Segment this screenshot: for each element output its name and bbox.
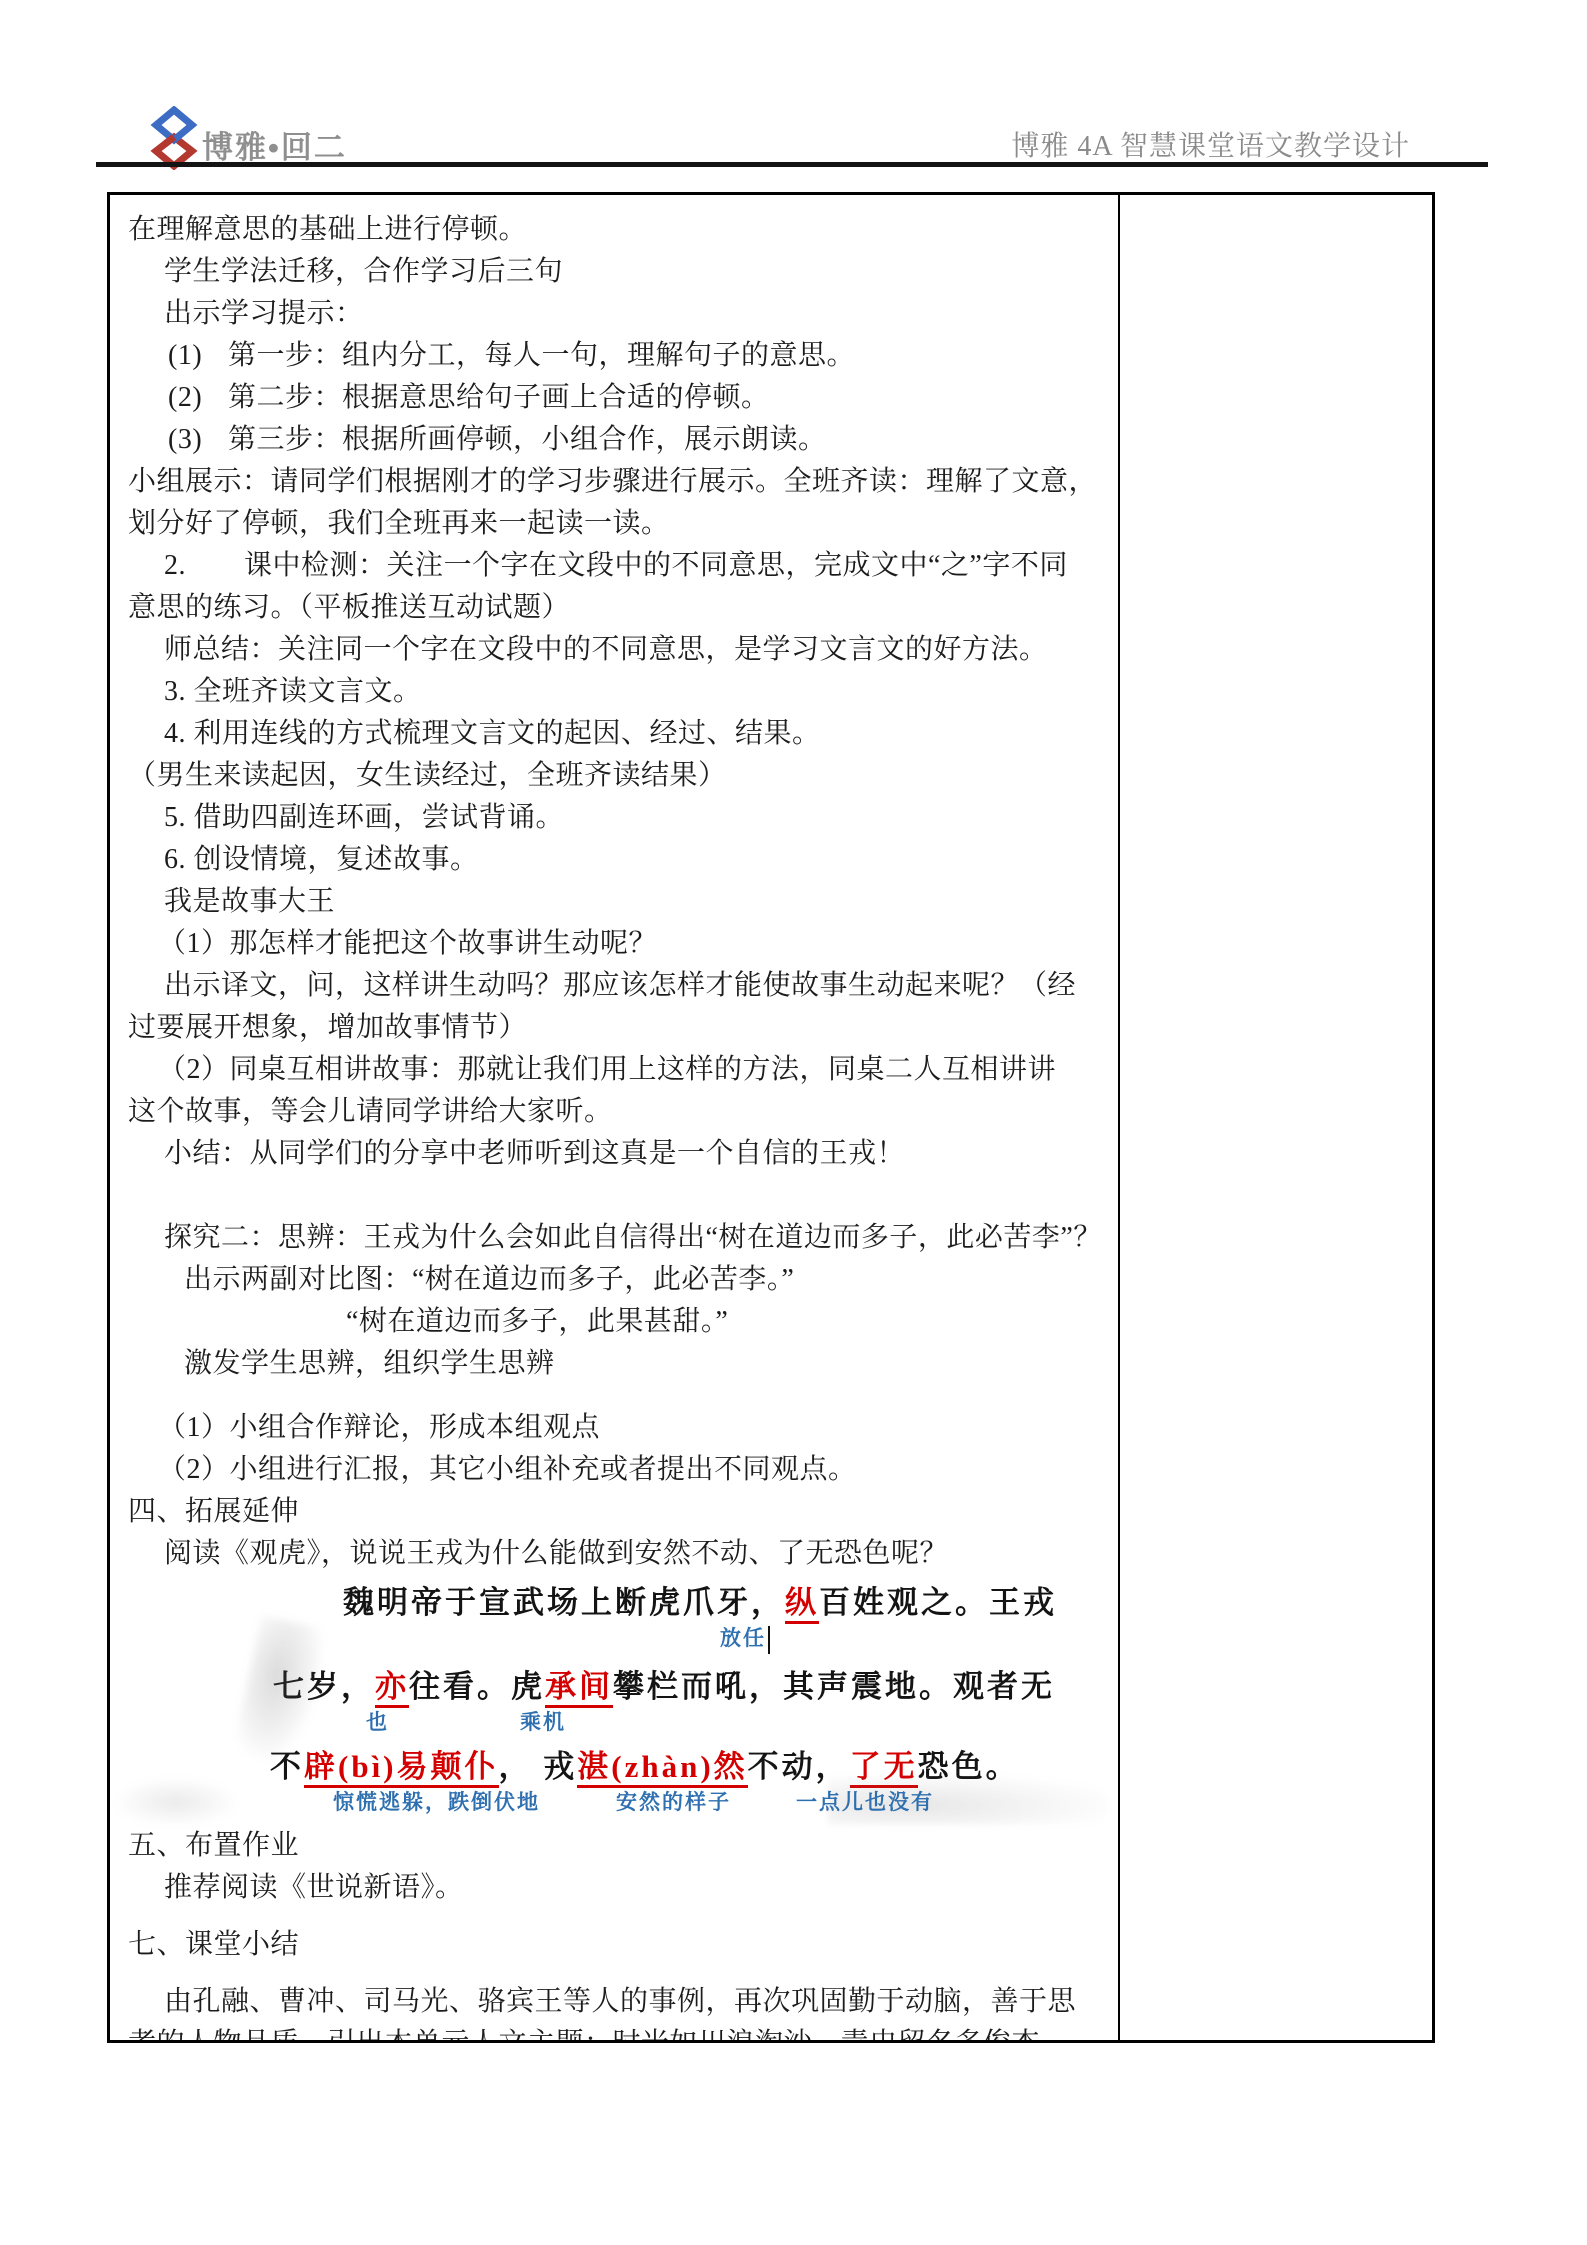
text-line: 我是故事大王 (128, 881, 1102, 923)
text-line: （男生来读起因，女生读经过，全班齐读结果） (128, 755, 1102, 797)
list-item: (3)第三步：根据所画停顿，小组合作，展示朗读。 (128, 419, 1102, 461)
highlighted-term: 纵 (785, 1585, 819, 1624)
text-cursor (768, 1626, 770, 1654)
document-page: 博雅•回二 博雅 4A 智慧课堂语文教学设计 在理解意思的基础上进行停顿。 学生… (0, 0, 1587, 2245)
text-line: 推荐阅读《世说新语》。 (128, 1867, 1102, 1909)
text-line: “树在道边而多子，此果甚甜。” (128, 1301, 1102, 1343)
list-number: (3) (168, 419, 228, 461)
list-item: (1)第一步：组内分工，每人一句，理解句子的意思。 (128, 335, 1102, 377)
text-line: 过要展开想象，增加故事情节） (128, 1007, 1102, 1049)
list-text: 第三步：根据所画停顿，小组合作，展示朗读。 (228, 424, 827, 455)
text-line: 意思的练习。（平板推送互动试题） (128, 587, 1102, 629)
text-line: 4. 利用连线的方式梳理文言文的起因、经过、结果。 (128, 713, 1102, 755)
annotation-row: 惊慌逃躲，跌倒伏地 安然的样子 一点儿也没有 (128, 1787, 1102, 1819)
text-line: 划分好了停顿，我们全班再来一起读一读。 (128, 503, 1102, 545)
text-line: 师总结：关注同一个字在文段中的不同意思，是学习文言文的好方法。 (128, 629, 1102, 671)
section-heading: 七、课堂小结 (128, 1924, 1102, 1966)
list-number: 2. (164, 545, 244, 587)
text-line: 6. 创设情境，复述故事。 (128, 839, 1102, 881)
annotation: 安然的样子 (616, 1789, 731, 1815)
excerpt-line: 不辟(bì)易颠仆， 戎湛(zhàn)然不动，了无恐色。 (128, 1747, 1102, 1787)
list-number: (1) (168, 335, 228, 377)
annotation-row: 放任 (128, 1623, 1102, 1655)
secondary-notes-cell (1118, 195, 1432, 2040)
blank-line (128, 1175, 1102, 1217)
document-title: 博雅 4A 智慧课堂语文教学设计 (1011, 124, 1410, 164)
excerpt-text: 七岁， (273, 1669, 375, 1704)
excerpt-image: 魏明帝于宣武场上断虎爪牙，纵百姓观之。王戎 放任 七岁，亦往看。虎承间攀栏而吼，… (128, 1583, 1102, 1819)
text-line: 阅读《观虎》，说说王戎为什么能做到安然不动、了无恐色呢？ (128, 1533, 1102, 1575)
list-item: (2)第二步：根据意思给句子画上合适的停顿。 (128, 377, 1102, 419)
list-text: 第二步：根据意思给句子画上合适的停顿。 (228, 382, 770, 413)
text-line: 出示学习提示： (128, 293, 1102, 335)
highlighted-term: 辟(bì)易颠仆 (304, 1749, 499, 1788)
annotation: 一点儿也没有 (796, 1789, 934, 1815)
text-line: （2）同桌互相讲故事：那就让我们用上这样的方法，同桌二人互相讲讲 (128, 1049, 1102, 1091)
brand-text: 博雅•回二 (202, 122, 347, 167)
text-line: 出示译文，问，这样讲生动吗？那应该怎样才能使故事生动起来呢？（经 (128, 965, 1102, 1007)
list-text: 第一步：组内分工，每人一句，理解句子的意思。 (228, 340, 855, 371)
annotation-row: 也 乘机 (128, 1707, 1102, 1739)
excerpt-text: 魏明帝于宣武场上断虎爪牙， (343, 1585, 785, 1620)
page-header: 博雅•回二 博雅 4A 智慧课堂语文教学设计 (0, 0, 1587, 170)
excerpt-text: 攀栏而吼，其声震地。观者无 (613, 1669, 1055, 1704)
annotation: 乘机 (520, 1709, 566, 1735)
section-heading: 四、拓展延伸 (128, 1491, 1102, 1533)
text-line: 3. 全班齐读文言文。 (128, 671, 1102, 713)
excerpt-text: 不 (270, 1749, 304, 1784)
text-line: 考的人物品质，引出本单元人文主题：时光如川浪淘沙，青史留名多俊杰。 (128, 2023, 1102, 2040)
highlighted-term: 了无 (850, 1749, 918, 1788)
annotation: 惊慌逃躲，跌倒伏地 (333, 1789, 540, 1815)
text-line: （1）小组合作辩论，形成本组观点 (128, 1407, 1102, 1449)
excerpt-text: 恐色。 (918, 1749, 1020, 1784)
header-divider (96, 162, 1488, 167)
text-line: 5. 借助四副连环画，尝试背诵。 (128, 797, 1102, 839)
list-text: 课中检测：关注一个字在文段中的不同意思，完成文中“之”字不同 (244, 550, 1068, 581)
lesson-plan-table: 在理解意思的基础上进行停顿。 学生学法迁移，合作学习后三句 出示学习提示： (1… (107, 192, 1435, 2043)
blank-line (128, 1385, 1102, 1407)
list-item: 2.课中检测：关注一个字在文段中的不同意思，完成文中“之”字不同 (128, 545, 1102, 587)
excerpt-text: 往看。虎 (409, 1669, 545, 1704)
text-line: 激发学生思辨，组织学生思辨 (128, 1343, 1102, 1385)
section-heading: 五、布置作业 (128, 1825, 1102, 1867)
highlighted-term: 湛(zhàn)然 (577, 1749, 747, 1788)
text-line: 小结：从同学们的分享中老师听到这真是一个自信的王戎！ (128, 1133, 1102, 1175)
highlighted-term: 亦 (375, 1669, 409, 1708)
text-line: 小组展示：请同学们根据刚才的学习步骤进行展示。全班齐读：理解了文意， (128, 461, 1102, 503)
text-line: （2）小组进行汇报，其它小组补充或者提出不同观点。 (128, 1449, 1102, 1491)
text-line: 在理解意思的基础上进行停顿。 (128, 209, 1102, 251)
list-number: (2) (168, 377, 228, 419)
text-line: （1）那怎样才能把这个故事讲生动呢？ (128, 923, 1102, 965)
excerpt-line: 七岁，亦往看。虎承间攀栏而吼，其声震地。观者无 (128, 1667, 1102, 1707)
annotation: 放任 (720, 1625, 770, 1654)
annotation: 也 (366, 1709, 389, 1735)
excerpt-text: 不动， (748, 1749, 850, 1784)
text-line: 这个故事，等会儿请同学讲给大家听。 (128, 1091, 1102, 1133)
excerpt-text: ， 戎 (499, 1749, 578, 1784)
text-line: 学生学法迁移，合作学习后三句 (128, 251, 1102, 293)
teaching-process-cell: 在理解意思的基础上进行停顿。 学生学法迁移，合作学习后三句 出示学习提示： (1… (110, 195, 1118, 2040)
excerpt-text: 百姓观之。王戎 (819, 1585, 1057, 1620)
text-line: 探究二：思辨：王戎为什么会如此自信得出“树在道边而多子，此必苦李”？ (128, 1217, 1102, 1259)
text-line: 出示两副对比图：“树在道边而多子，此必苦李。” (128, 1259, 1102, 1301)
excerpt-line: 魏明帝于宣武场上断虎爪牙，纵百姓观之。王戎 (128, 1583, 1102, 1623)
text-line: 由孔融、曹冲、司马光、骆宾王等人的事例，再次巩固勤于动脑，善于思 (128, 1981, 1102, 2023)
highlighted-term: 承间 (545, 1669, 613, 1708)
